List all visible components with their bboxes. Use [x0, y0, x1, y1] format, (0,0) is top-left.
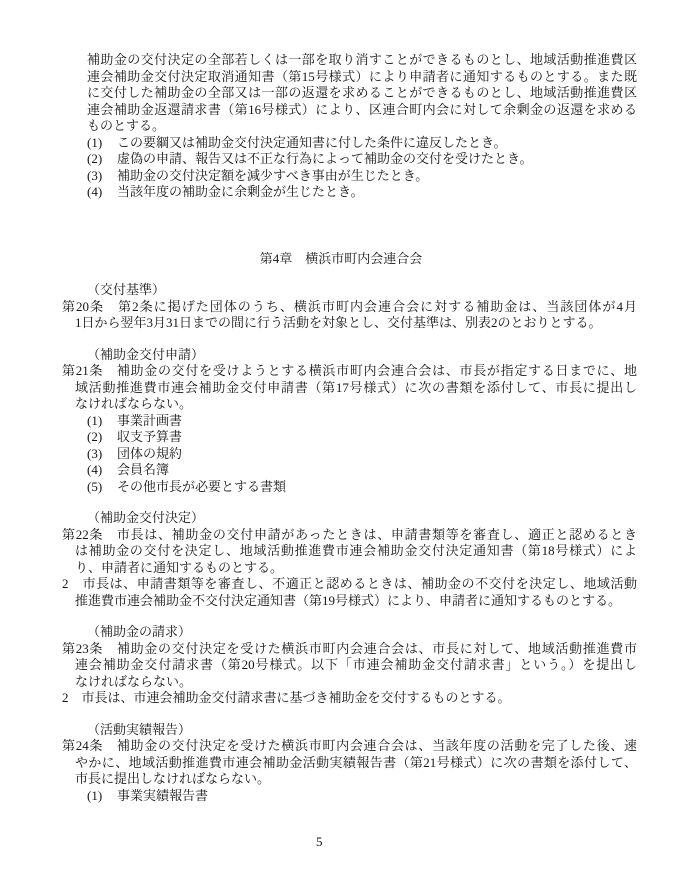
- list-item-text: その他市長が必要とする書類: [117, 479, 637, 496]
- list-item: (1)事業実績報告書: [0, 788, 700, 805]
- list-item-number: (3): [87, 446, 117, 463]
- article-line: 市長に提出しなければならない。: [0, 771, 700, 788]
- paragraph-line: 連会補助金返還請求書（第16号様式）により、区連合町内会に対して余剰金の返還を求…: [0, 102, 700, 119]
- article-line: 1日から翌年3月31日までの間に行う活動を対象とし、交付基準は、別表2のとおりと…: [0, 315, 700, 332]
- section-label: （補助金交付決定）: [0, 510, 700, 527]
- article-line: 第22条 市長は、補助金の交付申請があったときは、申請書類等を審査し、適正と認め…: [0, 527, 700, 544]
- list-item-text: 事業実績報告書: [117, 788, 637, 805]
- page-footer: 5: [0, 834, 700, 851]
- list-item-number: (4): [87, 462, 117, 479]
- article-line: なければならない。: [0, 396, 700, 413]
- article-line: 第21条 補助金の交付を受けようとする横浜市町内会連合会は、市長が指定する日まで…: [0, 363, 700, 380]
- page-number: 5: [316, 834, 323, 849]
- article-line: 推進費市連会補助金不交付決定通知書（第19号様式）により、申請者に通知するものと…: [0, 593, 700, 610]
- document-content: 補助金の交付決定の全部若しくは一部を取り消すことができるものとし、地域活動推進費…: [0, 52, 700, 804]
- section-label: （交付基準）: [0, 282, 700, 299]
- paragraph-line: 補助金の交付決定の全部若しくは一部を取り消すことができるものとし、地域活動推進費…: [0, 52, 700, 69]
- article-line: 第23条 補助金の交付決定を受けた横浜市町内会連合会は、市長に対して、地域活動推…: [0, 641, 700, 658]
- paragraph-line: に交付した補助金の全部又は一部の返還を求めることができるものとし、地域活動推進費…: [0, 85, 700, 102]
- article-line: 2 市長は、市連会補助金交付請求書に基づき補助金を交付するものとする。: [0, 690, 700, 707]
- article-line: 域活動推進費市連会補助金交付申請書（第17号様式）に次の書類を添付して、市長に提…: [0, 380, 700, 397]
- list-item-text: 当該年度の補助金に余剰金が生じたとき。: [117, 184, 637, 201]
- list-item-number: (5): [87, 479, 117, 496]
- list-item: (3)団体の規約: [0, 446, 700, 463]
- list-item: (1)この要綱又は補助金交付決定通知書に付した条件に違反したとき。: [0, 135, 700, 152]
- paragraph-line: ものとする。: [0, 118, 700, 135]
- section-label: （補助金交付申請）: [0, 347, 700, 364]
- list-item-number: (2): [87, 151, 117, 168]
- list-item: (4)当該年度の補助金に余剰金が生じたとき。: [0, 184, 700, 201]
- list-item-number: (1): [87, 135, 117, 152]
- list-item: (2)虚偽の申請、報告又は不正な行為によって補助金の交付を受けたとき。: [0, 151, 700, 168]
- list-item-text: 団体の規約: [117, 446, 637, 463]
- list-item-number: (1): [87, 788, 117, 805]
- list-item-number: (3): [87, 168, 117, 185]
- list-item-text: 収支予算書: [117, 429, 637, 446]
- list-item: (4)会員名簿: [0, 462, 700, 479]
- article-line: 第20条 第2条に掲げた団体のうち、横浜市町内会連合会に対する補助金は、当該団体…: [0, 299, 700, 316]
- article-line: 2 市長は、申請書類等を審査し、不適正と認めるときは、補助金の不交付を決定し、地…: [0, 576, 700, 593]
- section-label: （補助金の請求）: [0, 624, 700, 641]
- list-item-number: (4): [87, 184, 117, 201]
- list-item: (2)収支予算書: [0, 429, 700, 446]
- list-item-text: 虚偽の申請、報告又は不正な行為によって補助金の交付を受けたとき。: [117, 151, 637, 168]
- article-line: り、申請者に通知するものとする。: [0, 560, 700, 577]
- list-item: (5)その他市長が必要とする書類: [0, 479, 700, 496]
- section-label: （活動実績報告）: [0, 722, 700, 739]
- article-line: やかに、地域活動推進費市連会補助金活動実績報告書（第21号様式）に次の書類を添付…: [0, 755, 700, 772]
- chapter-heading: 第4章 横浜市町内会連合会: [0, 251, 700, 268]
- list-item: (1)事業計画書: [0, 413, 700, 430]
- list-item-number: (2): [87, 429, 117, 446]
- list-item: (3)補助金の交付決定額を減少すべき事由が生じたとき。: [0, 168, 700, 185]
- document-page: 補助金の交付決定の全部若しくは一部を取り消すことができるものとし、地域活動推進費…: [0, 0, 700, 895]
- article-line: 第24条 補助金の交付決定を受けた横浜市町内会連合会は、当該年度の活動を完了した…: [0, 738, 700, 755]
- list-item-text: 事業計画書: [117, 413, 637, 430]
- list-item-text: この要綱又は補助金交付決定通知書に付した条件に違反したとき。: [117, 135, 637, 152]
- list-item-text: 会員名簿: [117, 462, 637, 479]
- list-item-text: 補助金の交付決定額を減少すべき事由が生じたとき。: [117, 168, 637, 185]
- article-line: は補助金の交付を決定し、地域活動推進費市連会補助金交付決定通知書（第18号様式）…: [0, 543, 700, 560]
- article-line: 連会補助金交付請求書（第20号様式。以下「市連会補助金交付請求書」という。）を提…: [0, 657, 700, 674]
- paragraph-line: 連会補助金交付決定取消通知書（第15号様式）により申請者に通知するものとする。ま…: [0, 69, 700, 86]
- article-line: なければならない。: [0, 674, 700, 691]
- list-item-number: (1): [87, 413, 117, 430]
